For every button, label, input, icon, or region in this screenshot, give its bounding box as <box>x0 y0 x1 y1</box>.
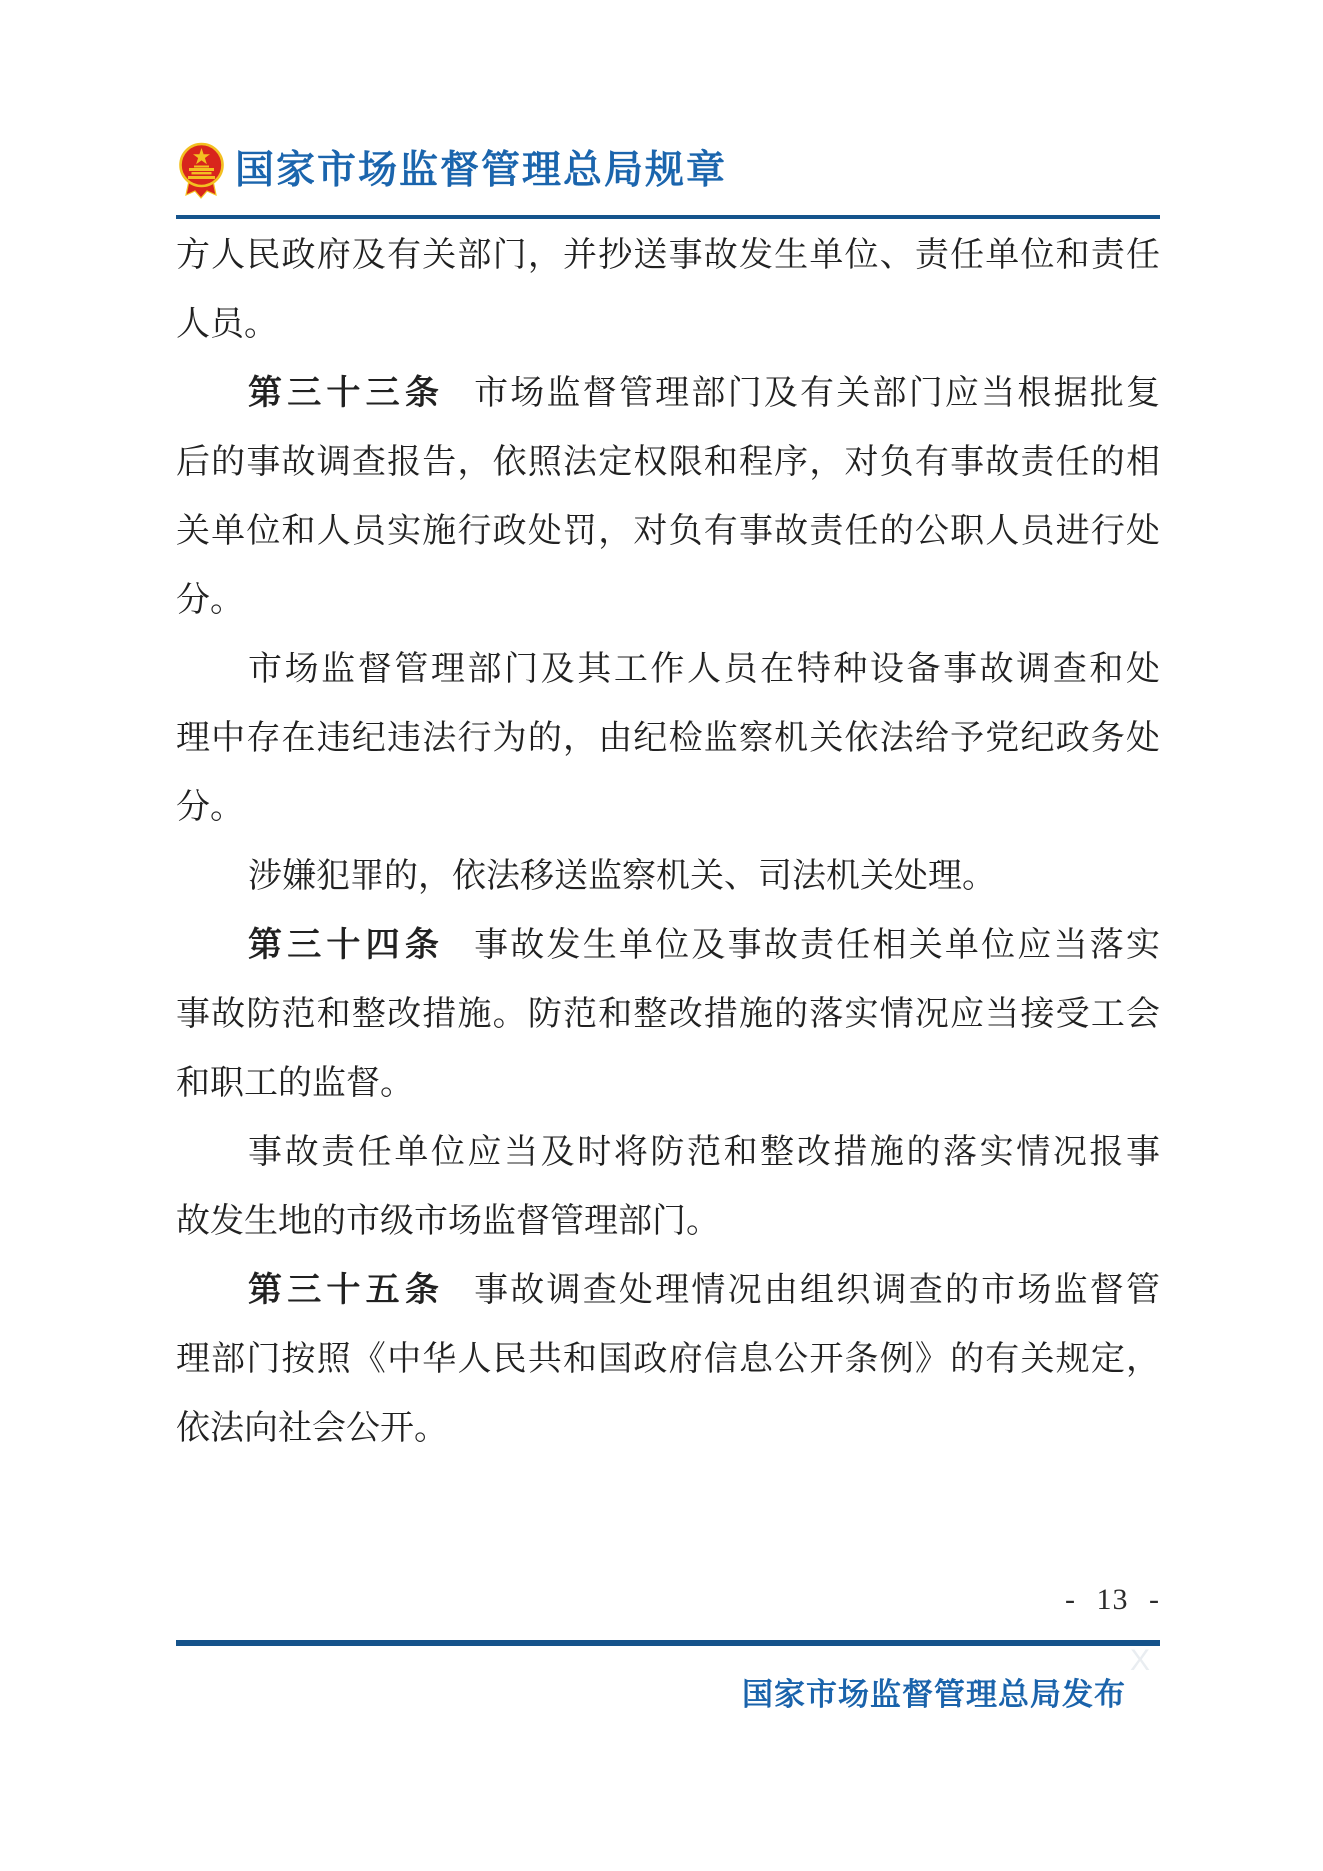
watermark: X <box>1130 1644 1150 1678</box>
footer-divider <box>176 1640 1160 1646</box>
text-line: 方人民政府及有关部门，并抄送事故发生单位、责任单位和责任 <box>176 221 1160 290</box>
line-text: 理部门按照《中华人民共和国政府信息公开条例》的有关规定， <box>176 1341 1160 1378</box>
line-text: 后的事故调查报告，依照法定权限和程序，对负有事故责任的相 <box>176 444 1160 481</box>
text-line: 理部门按照《中华人民共和国政府信息公开条例》的有关规定， <box>176 1325 1160 1394</box>
text-line: 关单位和人员实施行政处罚，对负有事故责任的公职人员进行处 <box>176 497 1160 566</box>
line-text: 依法向社会公开。 <box>176 1410 448 1447</box>
text-line: 第三十四条事故发生单位及事故责任相关单位应当落实 <box>176 911 1160 980</box>
national-emblem-icon <box>179 141 224 199</box>
text-line: 依法向社会公开。 <box>176 1394 1160 1463</box>
text-line: 理中存在违纪违法行为的，由纪检监察机关依法给予党纪政务处 <box>176 704 1160 773</box>
page-number: - 13 - <box>1065 1583 1160 1617</box>
text-line: 第三十三条市场监督管理部门及有关部门应当根据批复 <box>176 359 1160 428</box>
text-line: 第三十五条事故调查处理情况由组织调查的市场监督管 <box>176 1256 1160 1325</box>
text-line: 分。 <box>176 566 1160 635</box>
page-title: 国家市场监督管理总局规章 <box>235 146 727 196</box>
line-text: 市场监督管理部门及有关部门应当根据批复 <box>474 375 1160 412</box>
line-text: 方人民政府及有关部门，并抄送事故发生单位、责任单位和责任 <box>176 237 1160 274</box>
article-number: 第三十五条 <box>248 1272 444 1309</box>
line-text: 涉嫌犯罪的，依法移送监察机关、司法机关处理。 <box>248 858 996 895</box>
header-divider <box>176 215 1160 219</box>
line-text: 事故防范和整改措施。防范和整改措施的落实情况应当接受工会 <box>176 996 1160 1033</box>
text-line: 分。 <box>176 773 1160 842</box>
article-number: 第三十三条 <box>248 375 444 412</box>
text-line: 后的事故调查报告，依照法定权限和程序，对负有事故责任的相 <box>176 428 1160 497</box>
line-text: 分。 <box>176 582 244 619</box>
text-line: 涉嫌犯罪的，依法移送监察机关、司法机关处理。 <box>176 842 1160 911</box>
article-number: 第三十四条 <box>248 927 444 964</box>
text-line: 和职工的监督。 <box>176 1049 1160 1118</box>
line-text: 理中存在违纪违法行为的，由纪检监察机关依法给予党纪政务处 <box>176 720 1160 757</box>
line-text: 关单位和人员实施行政处罚，对负有事故责任的公职人员进行处 <box>176 513 1160 550</box>
footer-publisher: 国家市场监督管理总局发布 <box>742 1673 1126 1717</box>
line-text: 事故调查处理情况由组织调查的市场监督管 <box>474 1272 1160 1309</box>
line-text: 人员。 <box>176 306 278 343</box>
line-text: 市场监督管理部门及其工作人员在特种设备事故调查和处 <box>248 651 1160 688</box>
text-line: 市场监督管理部门及其工作人员在特种设备事故调查和处 <box>176 635 1160 704</box>
text-line: 事故防范和整改措施。防范和整改措施的落实情况应当接受工会 <box>176 980 1160 1049</box>
line-text: 和职工的监督。 <box>176 1065 414 1102</box>
line-text: 故发生地的市级市场监督管理部门。 <box>176 1203 720 1240</box>
document-page: 国家市场监督管理总局规章 方人民政府及有关部门，并抄送事故发生单位、责任单位和责… <box>0 0 1323 1871</box>
text-line: 人员。 <box>176 290 1160 359</box>
text-line: 事故责任单位应当及时将防范和整改措施的落实情况报事 <box>176 1118 1160 1187</box>
line-text: 分。 <box>176 789 244 826</box>
text-line: 故发生地的市级市场监督管理部门。 <box>176 1187 1160 1256</box>
line-text: 事故发生单位及事故责任相关单位应当落实 <box>474 927 1160 964</box>
document-body: 方人民政府及有关部门，并抄送事故发生单位、责任单位和责任 人员。 第三十三条市场… <box>176 221 1160 1463</box>
line-text: 事故责任单位应当及时将防范和整改措施的落实情况报事 <box>248 1134 1160 1171</box>
